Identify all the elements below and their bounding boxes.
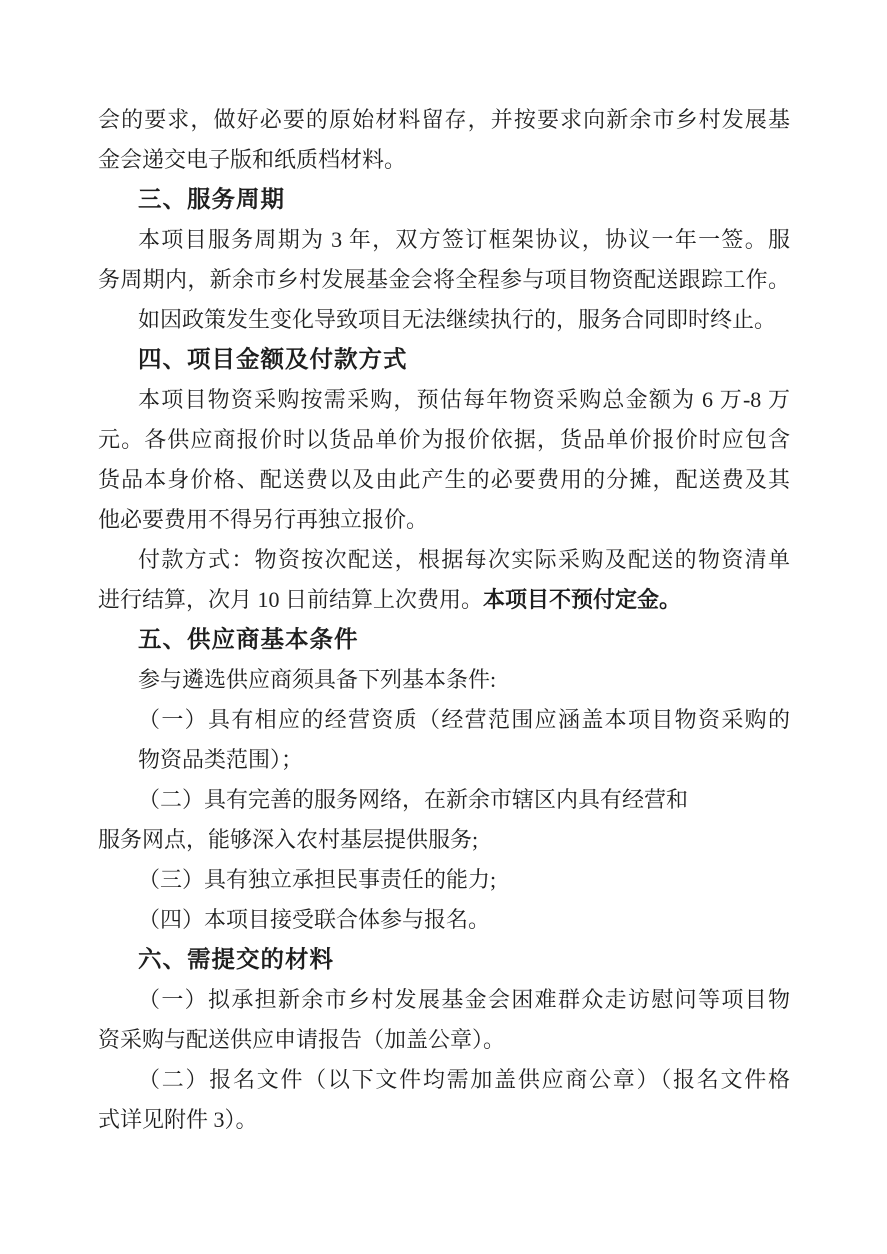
line-text: （二）具有完善的服务网络，在新余市辖区内具有经营和 [138,787,688,812]
text-line: （三）具有独立承担民事责任的能力; [98,860,790,900]
text-line: （一）拟承担新余市乡村发展基金会困难群众走访慰问等项目物 [98,980,790,1020]
section-heading: 四、项目金额及付款方式 [98,340,790,380]
line-text: 资采购与配送供应申请报告（加盖公章）。 [98,1027,505,1052]
section-heading: 三、服务周期 [98,180,790,220]
text-line: 货品本身价格、配送费以及由此产生的必要费用的分摊，配送费及其 [98,460,790,500]
section-heading: 六、需提交的材料 [98,940,790,980]
text-line: 付款方式：物资按次配送，根据每次实际采购及配送的物资清单 [98,540,790,580]
line-text: 六、需提交的材料 [138,947,334,973]
text-line: （一）具有相应的经营资质（经营范围应涵盖本项目物资采购的 [98,700,790,740]
line-text: 本项目服务周期为 3 年，双方签订框架协议，协议一年一签。服 [138,227,790,252]
line-text: 服务网点，能够深入农村基层提供服务; [98,827,478,852]
text-line: 他必要费用不得另行再独立报价。 [98,500,790,540]
line-text: 四、项目金额及付款方式 [138,347,408,373]
text-line: 元。各供应商报价时以货品单价为报价依据，货品单价报价时应包含 [98,420,790,460]
line-text: 三、服务周期 [138,187,285,213]
text-line: 进行结算，次月 10 日前结算上次费用。本项目不预付定金。 [98,580,790,620]
line-text: （一）拟承担新余市乡村发展基金会困难群众走访慰问等项目物 [138,987,790,1012]
text-line: 参与遴选供应商须具备下列基本条件: [98,660,790,700]
document-body: 会的要求，做好必要的原始材料留存，并按要求向新余市乡村发展基金会递交电子版和纸质… [98,100,790,1140]
line-text: 物资品类范围）； [138,747,303,772]
line-text: 五、供应商基本条件 [138,627,359,653]
text-line: 资采购与配送供应申请报告（加盖公章）。 [98,1020,790,1060]
line-text: 务周期内，新余市乡村发展基金会将全程参与项目物资配送跟踪工作。 [98,267,790,292]
line-text-bold: 本项目不预付定金。 [483,587,681,612]
text-line: 金会递交电子版和纸质档材料。 [98,140,790,180]
text-line: 本项目物资采购按需采购，预估每年物资采购总金额为 6 万-8 万 [98,380,790,420]
text-line: （二）具有完善的服务网络，在新余市辖区内具有经营和 [98,780,790,820]
text-line: 如因政策发生变化导致项目无法继续执行的，服务合同即时终止。 [98,300,790,340]
line-text: 本项目物资采购按需采购，预估每年物资采购总金额为 6 万-8 万 [138,387,790,412]
text-line: （四）本项目接受联合体参与报名。 [98,900,790,940]
line-text: （二）报名文件（以下文件均需加盖供应商公章）（报名文件格 [138,1067,790,1092]
line-text: （四）本项目接受联合体参与报名。 [138,907,490,932]
text-line: 务周期内，新余市乡村发展基金会将全程参与项目物资配送跟踪工作。 [98,260,790,300]
line-text: 金会递交电子版和纸质档材料。 [98,147,406,172]
line-text: 付款方式：物资按次配送，根据每次实际采购及配送的物资清单 [138,547,790,572]
text-line: 服务网点，能够深入农村基层提供服务; [98,820,790,860]
text-line: 物资品类范围）； [98,740,790,780]
line-text: 元。各供应商报价时以货品单价为报价依据，货品单价报价时应包含 [98,427,790,452]
line-text: 进行结算，次月 10 日前结算上次费用。 [98,587,483,612]
line-text: 参与遴选供应商须具备下列基本条件: [138,667,496,692]
line-text: 式详见附件 3）。 [98,1107,258,1132]
line-text: 如因政策发生变化导致项目无法继续执行的，服务合同即时终止。 [138,307,776,332]
text-line: 本项目服务周期为 3 年，双方签订框架协议，协议一年一签。服 [98,220,790,260]
section-heading: 五、供应商基本条件 [98,620,790,660]
text-line: （二）报名文件（以下文件均需加盖供应商公章）（报名文件格 [98,1060,790,1100]
line-text: 他必要费用不得另行再独立报价。 [98,507,428,532]
text-line: 会的要求，做好必要的原始材料留存，并按要求向新余市乡村发展基 [98,100,790,140]
line-text: 会的要求，做好必要的原始材料留存，并按要求向新余市乡村发展基 [98,107,790,132]
line-text: 货品本身价格、配送费以及由此产生的必要费用的分摊，配送费及其 [98,467,790,492]
text-line: 式详见附件 3）。 [98,1100,790,1140]
document-page: 会的要求，做好必要的原始材料留存，并按要求向新余市乡村发展基金会递交电子版和纸质… [0,0,887,1254]
line-text: （一）具有相应的经营资质（经营范围应涵盖本项目物资采购的 [138,707,790,732]
line-text: （三）具有独立承担民事责任的能力; [138,867,496,892]
